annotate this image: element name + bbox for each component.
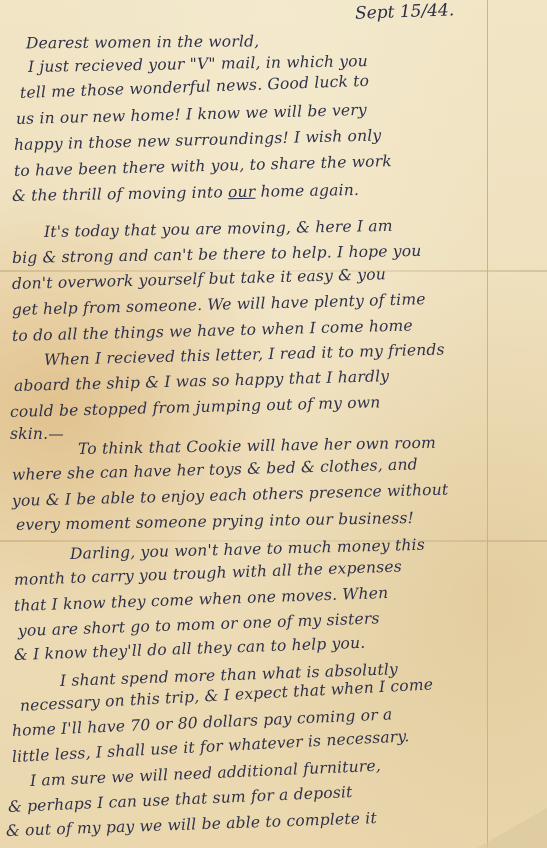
underlined-word: our [228, 183, 256, 201]
letter-line: could be stopped from jumping out of my … [10, 389, 547, 421]
letter-line: you & I be able to enjoy each others pre… [12, 478, 547, 510]
letter-date: Sept 15/44. [355, 0, 455, 23]
letter-line: It's today that you are moving, & here I… [44, 213, 547, 241]
salutation: Dearest women in the world, [26, 30, 547, 53]
letter-line: to have been there with you, to share th… [14, 148, 547, 180]
letter-line: & the thrill of moving into our home aga… [12, 177, 547, 205]
letter-line: every moment someone prying into our bus… [16, 506, 547, 534]
letter-page: Sept 15/44. Dearest women in the world, … [0, 0, 547, 848]
